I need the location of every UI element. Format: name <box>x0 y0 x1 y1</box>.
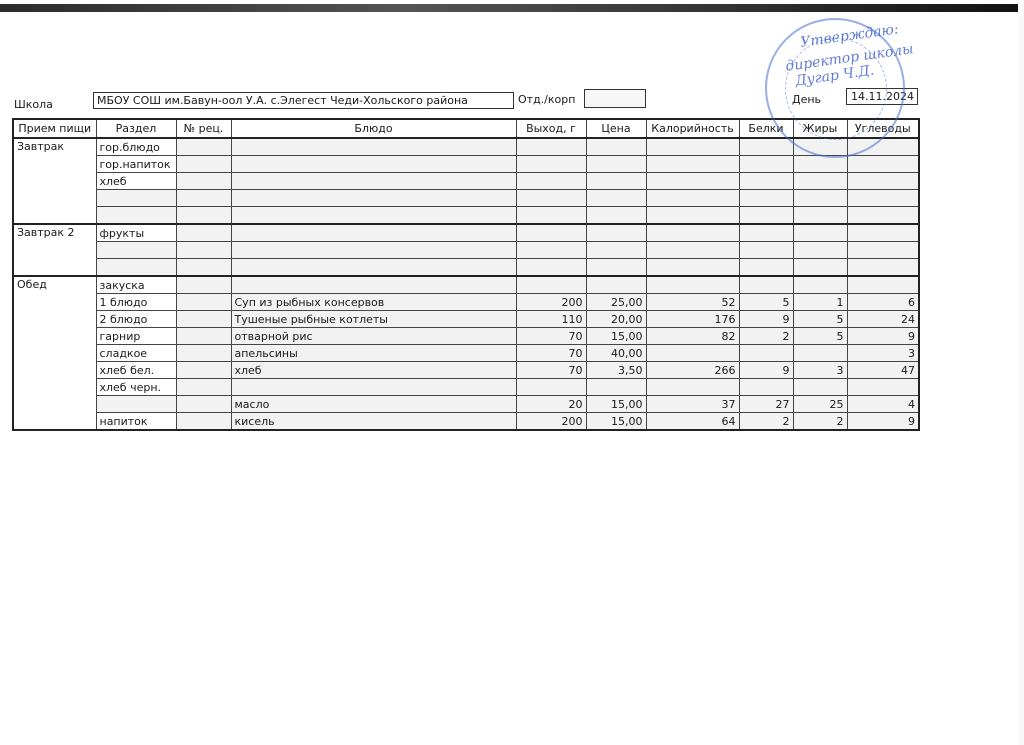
price-cell <box>586 156 646 173</box>
table-row <box>13 259 919 277</box>
recipe-cell <box>176 345 231 362</box>
calories-cell: 176 <box>646 311 739 328</box>
yield-cell <box>516 156 586 173</box>
price-cell: 40,00 <box>586 345 646 362</box>
fat-cell <box>793 276 847 294</box>
yield-cell: 70 <box>516 328 586 345</box>
scan-top-edge <box>0 4 1024 12</box>
dish-cell <box>231 379 516 396</box>
fat-cell <box>793 224 847 242</box>
recipe-cell <box>176 328 231 345</box>
recipe-cell <box>176 190 231 207</box>
col-header-recipe: № рец. <box>176 119 231 138</box>
fat-cell <box>793 190 847 207</box>
calories-cell <box>646 276 739 294</box>
recipe-cell <box>176 379 231 396</box>
table-row: сладкоеапельсины7040,003 <box>13 345 919 362</box>
price-cell <box>586 276 646 294</box>
section-cell: напиток <box>96 413 176 431</box>
carbs-cell: 4 <box>847 396 919 413</box>
protein-cell <box>739 207 793 225</box>
yield-cell: 70 <box>516 362 586 379</box>
yield-cell <box>516 190 586 207</box>
section-cell <box>96 207 176 225</box>
dish-cell: масло <box>231 396 516 413</box>
price-cell <box>586 207 646 225</box>
fat-cell: 3 <box>793 362 847 379</box>
protein-cell: 2 <box>739 413 793 431</box>
recipe-cell <box>176 173 231 190</box>
dish-cell: хлеб <box>231 362 516 379</box>
carbs-cell <box>847 259 919 277</box>
recipe-cell <box>176 242 231 259</box>
protein-cell: 9 <box>739 311 793 328</box>
carbs-cell <box>847 156 919 173</box>
table-row <box>13 190 919 207</box>
price-cell: 15,00 <box>586 413 646 431</box>
protein-cell <box>739 276 793 294</box>
menu-table-body: Завтракгор.блюдогор.напитокхлебЗавтрак 2… <box>13 138 919 430</box>
calories-cell: 82 <box>646 328 739 345</box>
carbs-cell <box>847 173 919 190</box>
recipe-cell <box>176 294 231 311</box>
yield-cell <box>516 276 586 294</box>
col-header-calories: Калорийность <box>646 119 739 138</box>
day-label: День <box>792 93 821 107</box>
fat-cell <box>793 242 847 259</box>
dish-cell: Суп из рыбных консервов <box>231 294 516 311</box>
calories-cell: 266 <box>646 362 739 379</box>
dish-cell <box>231 259 516 277</box>
yield-cell <box>516 259 586 277</box>
col-header-price: Цена <box>586 119 646 138</box>
protein-cell <box>739 173 793 190</box>
yield-cell <box>516 207 586 225</box>
calories-cell <box>646 190 739 207</box>
calories-cell <box>646 345 739 362</box>
section-cell: хлеб <box>96 173 176 190</box>
protein-cell <box>739 224 793 242</box>
price-cell: 20,00 <box>586 311 646 328</box>
calories-cell <box>646 207 739 225</box>
protein-cell <box>739 242 793 259</box>
protein-cell <box>739 259 793 277</box>
carbs-cell: 24 <box>847 311 919 328</box>
menu-table: Прием пищи Раздел № рец. Блюдо Выход, г … <box>12 118 920 431</box>
calories-cell: 64 <box>646 413 739 431</box>
section-cell <box>96 242 176 259</box>
col-header-meal: Прием пищи <box>13 119 96 138</box>
carbs-cell: 9 <box>847 413 919 431</box>
carbs-cell <box>847 190 919 207</box>
dish-cell: кисель <box>231 413 516 431</box>
col-header-dish: Блюдо <box>231 119 516 138</box>
table-row: гор.напиток <box>13 156 919 173</box>
section-cell <box>96 190 176 207</box>
carbs-cell: 47 <box>847 362 919 379</box>
calories-cell: 52 <box>646 294 739 311</box>
fat-cell <box>793 345 847 362</box>
dish-cell: отварной рис <box>231 328 516 345</box>
protein-cell <box>739 190 793 207</box>
section-cell: закуска <box>96 276 176 294</box>
carbs-cell <box>847 242 919 259</box>
school-label: Школа <box>14 98 53 112</box>
calories-cell <box>646 138 739 156</box>
dish-cell <box>231 156 516 173</box>
dish-cell: Тушеные рыбные котлеты <box>231 311 516 328</box>
calories-cell: 37 <box>646 396 739 413</box>
section-cell: 2 блюдо <box>96 311 176 328</box>
fat-cell <box>793 379 847 396</box>
date-field: 14.11.2024 <box>846 88 918 105</box>
price-cell: 25,00 <box>586 294 646 311</box>
recipe-cell <box>176 396 231 413</box>
price-cell <box>586 242 646 259</box>
col-header-section: Раздел <box>96 119 176 138</box>
section-cell: 1 блюдо <box>96 294 176 311</box>
table-row: масло2015,003727254 <box>13 396 919 413</box>
section-cell: гарнир <box>96 328 176 345</box>
signature-line: Утверждаю: <box>799 21 899 51</box>
yield-cell: 20 <box>516 396 586 413</box>
calories-cell <box>646 156 739 173</box>
table-row: 2 блюдоТушеные рыбные котлеты11020,00176… <box>13 311 919 328</box>
fat-cell <box>793 207 847 225</box>
calories-cell <box>646 242 739 259</box>
fat-cell <box>793 156 847 173</box>
price-cell: 15,00 <box>586 328 646 345</box>
table-row: Завтрак 2фрукты <box>13 224 919 242</box>
fat-cell <box>793 173 847 190</box>
recipe-cell <box>176 138 231 156</box>
yield-cell <box>516 224 586 242</box>
dish-cell <box>231 242 516 259</box>
recipe-cell <box>176 156 231 173</box>
meal-cell: Завтрак <box>13 138 96 224</box>
carbs-cell <box>847 207 919 225</box>
fat-cell: 5 <box>793 328 847 345</box>
protein-cell <box>739 345 793 362</box>
section-cell <box>96 396 176 413</box>
col-header-carbs: Углеводы <box>847 119 919 138</box>
fat-cell: 2 <box>793 413 847 431</box>
table-row: хлеб <box>13 173 919 190</box>
dish-cell <box>231 276 516 294</box>
recipe-cell <box>176 224 231 242</box>
section-cell: гор.блюдо <box>96 138 176 156</box>
price-cell: 3,50 <box>586 362 646 379</box>
recipe-cell <box>176 413 231 431</box>
protein-cell <box>739 138 793 156</box>
recipe-cell <box>176 362 231 379</box>
price-cell: 15,00 <box>586 396 646 413</box>
carbs-cell <box>847 224 919 242</box>
col-header-protein: Белки <box>739 119 793 138</box>
yield-cell: 200 <box>516 294 586 311</box>
table-row: гарниротварной рис7015,0082259 <box>13 328 919 345</box>
calories-cell <box>646 224 739 242</box>
price-cell <box>586 138 646 156</box>
protein-cell: 2 <box>739 328 793 345</box>
dish-cell: апельсины <box>231 345 516 362</box>
recipe-cell <box>176 311 231 328</box>
section-cell <box>96 259 176 277</box>
table-row: хлеб бел.хлеб703,502669347 <box>13 362 919 379</box>
yield-cell <box>516 173 586 190</box>
table-row <box>13 207 919 225</box>
yield-cell <box>516 138 586 156</box>
protein-cell: 9 <box>739 362 793 379</box>
meal-cell: Завтрак 2 <box>13 224 96 276</box>
yield-cell: 200 <box>516 413 586 431</box>
signature-line: Дугар Ч.Д. <box>794 63 875 90</box>
school-name-field: МБОУ СОШ им.Бавун-оол У.А. с.Элегест Чед… <box>93 92 514 109</box>
yield-cell: 110 <box>516 311 586 328</box>
price-cell <box>586 190 646 207</box>
scan-right-edge <box>1018 0 1024 745</box>
col-header-yield: Выход, г <box>516 119 586 138</box>
table-row: 1 блюдоСуп из рыбных консервов20025,0052… <box>13 294 919 311</box>
protein-cell <box>739 379 793 396</box>
protein-cell: 27 <box>739 396 793 413</box>
table-header-row: Прием пищи Раздел № рец. Блюдо Выход, г … <box>13 119 919 138</box>
section-cell: хлеб бел. <box>96 362 176 379</box>
yield-cell <box>516 242 586 259</box>
fat-cell <box>793 138 847 156</box>
section-cell: сладкое <box>96 345 176 362</box>
fat-cell: 25 <box>793 396 847 413</box>
calories-cell <box>646 173 739 190</box>
calories-cell <box>646 259 739 277</box>
carbs-cell <box>847 276 919 294</box>
price-cell <box>586 224 646 242</box>
table-row: напитоккисель20015,0064229 <box>13 413 919 431</box>
dept-field <box>584 89 646 108</box>
yield-cell <box>516 379 586 396</box>
recipe-cell <box>176 207 231 225</box>
section-cell: хлеб черн. <box>96 379 176 396</box>
recipe-cell <box>176 276 231 294</box>
dish-cell <box>231 224 516 242</box>
meal-cell: Обед <box>13 276 96 430</box>
table-row: Завтракгор.блюдо <box>13 138 919 156</box>
table-row: хлеб черн. <box>13 379 919 396</box>
protein-cell: 5 <box>739 294 793 311</box>
dish-cell <box>231 190 516 207</box>
carbs-cell: 3 <box>847 345 919 362</box>
dish-cell <box>231 138 516 156</box>
table-row: Обедзакуска <box>13 276 919 294</box>
dish-cell <box>231 173 516 190</box>
yield-cell: 70 <box>516 345 586 362</box>
dept-label: Отд./корп <box>518 93 575 107</box>
price-cell <box>586 259 646 277</box>
price-cell <box>586 173 646 190</box>
signature-line: директор школы <box>785 41 915 75</box>
carbs-cell <box>847 138 919 156</box>
fat-cell: 1 <box>793 294 847 311</box>
section-cell: фрукты <box>96 224 176 242</box>
dish-cell <box>231 207 516 225</box>
fat-cell <box>793 259 847 277</box>
table-row <box>13 242 919 259</box>
protein-cell <box>739 156 793 173</box>
price-cell <box>586 379 646 396</box>
col-header-fat: Жиры <box>793 119 847 138</box>
section-cell: гор.напиток <box>96 156 176 173</box>
recipe-cell <box>176 259 231 277</box>
carbs-cell <box>847 379 919 396</box>
calories-cell <box>646 379 739 396</box>
carbs-cell: 9 <box>847 328 919 345</box>
carbs-cell: 6 <box>847 294 919 311</box>
fat-cell: 5 <box>793 311 847 328</box>
